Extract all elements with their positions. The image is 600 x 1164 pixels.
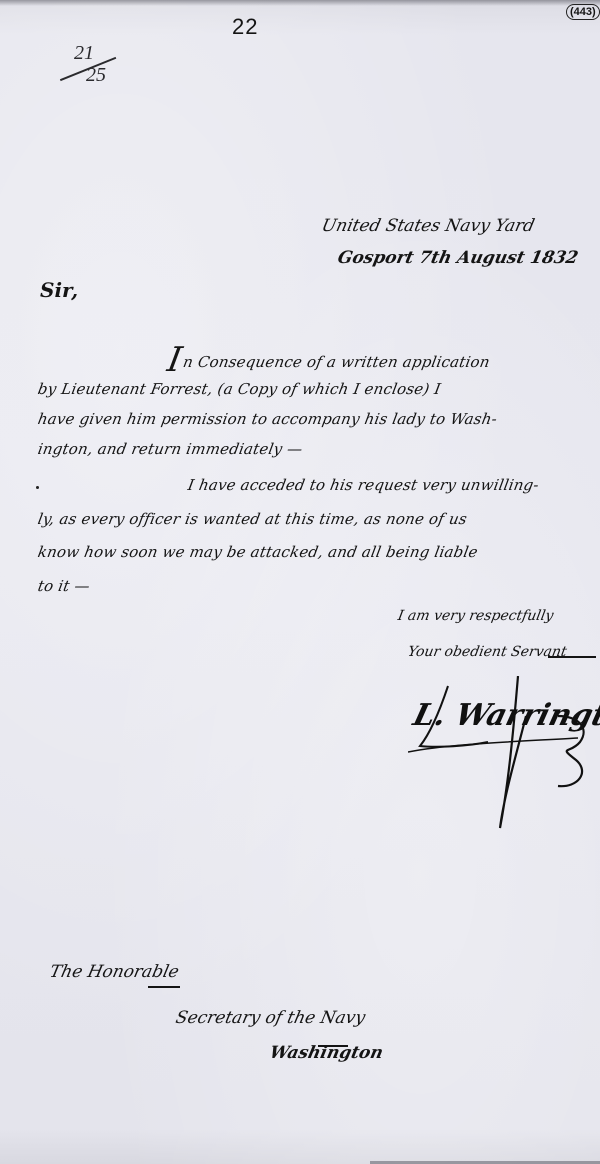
page-top-shadow	[0, 0, 600, 6]
folio-number: 22	[232, 14, 258, 40]
addressee-line-1: The Honorable	[48, 962, 181, 982]
signature-text: L. Warrington	[410, 698, 600, 733]
header-date: Gosport 7th August 1832	[336, 248, 580, 268]
addressee-flourish-2	[318, 1045, 348, 1047]
dropcap-letter: I	[164, 340, 185, 380]
letter-page: 22 (443) 21 25 United States Navy Yard G…	[0, 0, 600, 1164]
addressee-line-2: Secretary of the Navy	[174, 1008, 367, 1028]
body-line-8: to it —	[36, 577, 91, 595]
pencil-fraction-annotation: 21 25	[58, 42, 118, 92]
body-line-7: know how soon we may be attacked, and al…	[36, 543, 479, 561]
body-line-2: by Lieutenant Forrest, (a Copy of which …	[36, 380, 442, 398]
fraction-numerator: 21	[74, 42, 94, 65]
addressee-flourish-1	[148, 986, 180, 988]
fraction-denominator: 25	[86, 64, 106, 87]
closing-flourish	[548, 656, 596, 658]
body-line-4: ington, and return immediately —	[36, 440, 304, 458]
header-place: United States Navy Yard	[320, 216, 536, 236]
body-line-1: In Consequence of a written application	[164, 340, 493, 380]
archive-number: (443)	[566, 4, 600, 20]
body-line-3: have given him permission to accompany h…	[36, 410, 498, 428]
body-line-5: I have acceded to his request very unwil…	[186, 476, 540, 494]
ink-dot	[36, 486, 39, 489]
closing-line-2: Your obedient Servant	[407, 644, 568, 660]
body-line-1-text: n Consequence of a written application	[182, 353, 492, 371]
signature: L. Warrington	[408, 676, 598, 836]
closing-line-1: I am very respectfully	[397, 608, 555, 624]
salutation: Sir,	[40, 278, 78, 302]
body-line-6: ly, as every officer is wanted at this t…	[36, 510, 468, 528]
